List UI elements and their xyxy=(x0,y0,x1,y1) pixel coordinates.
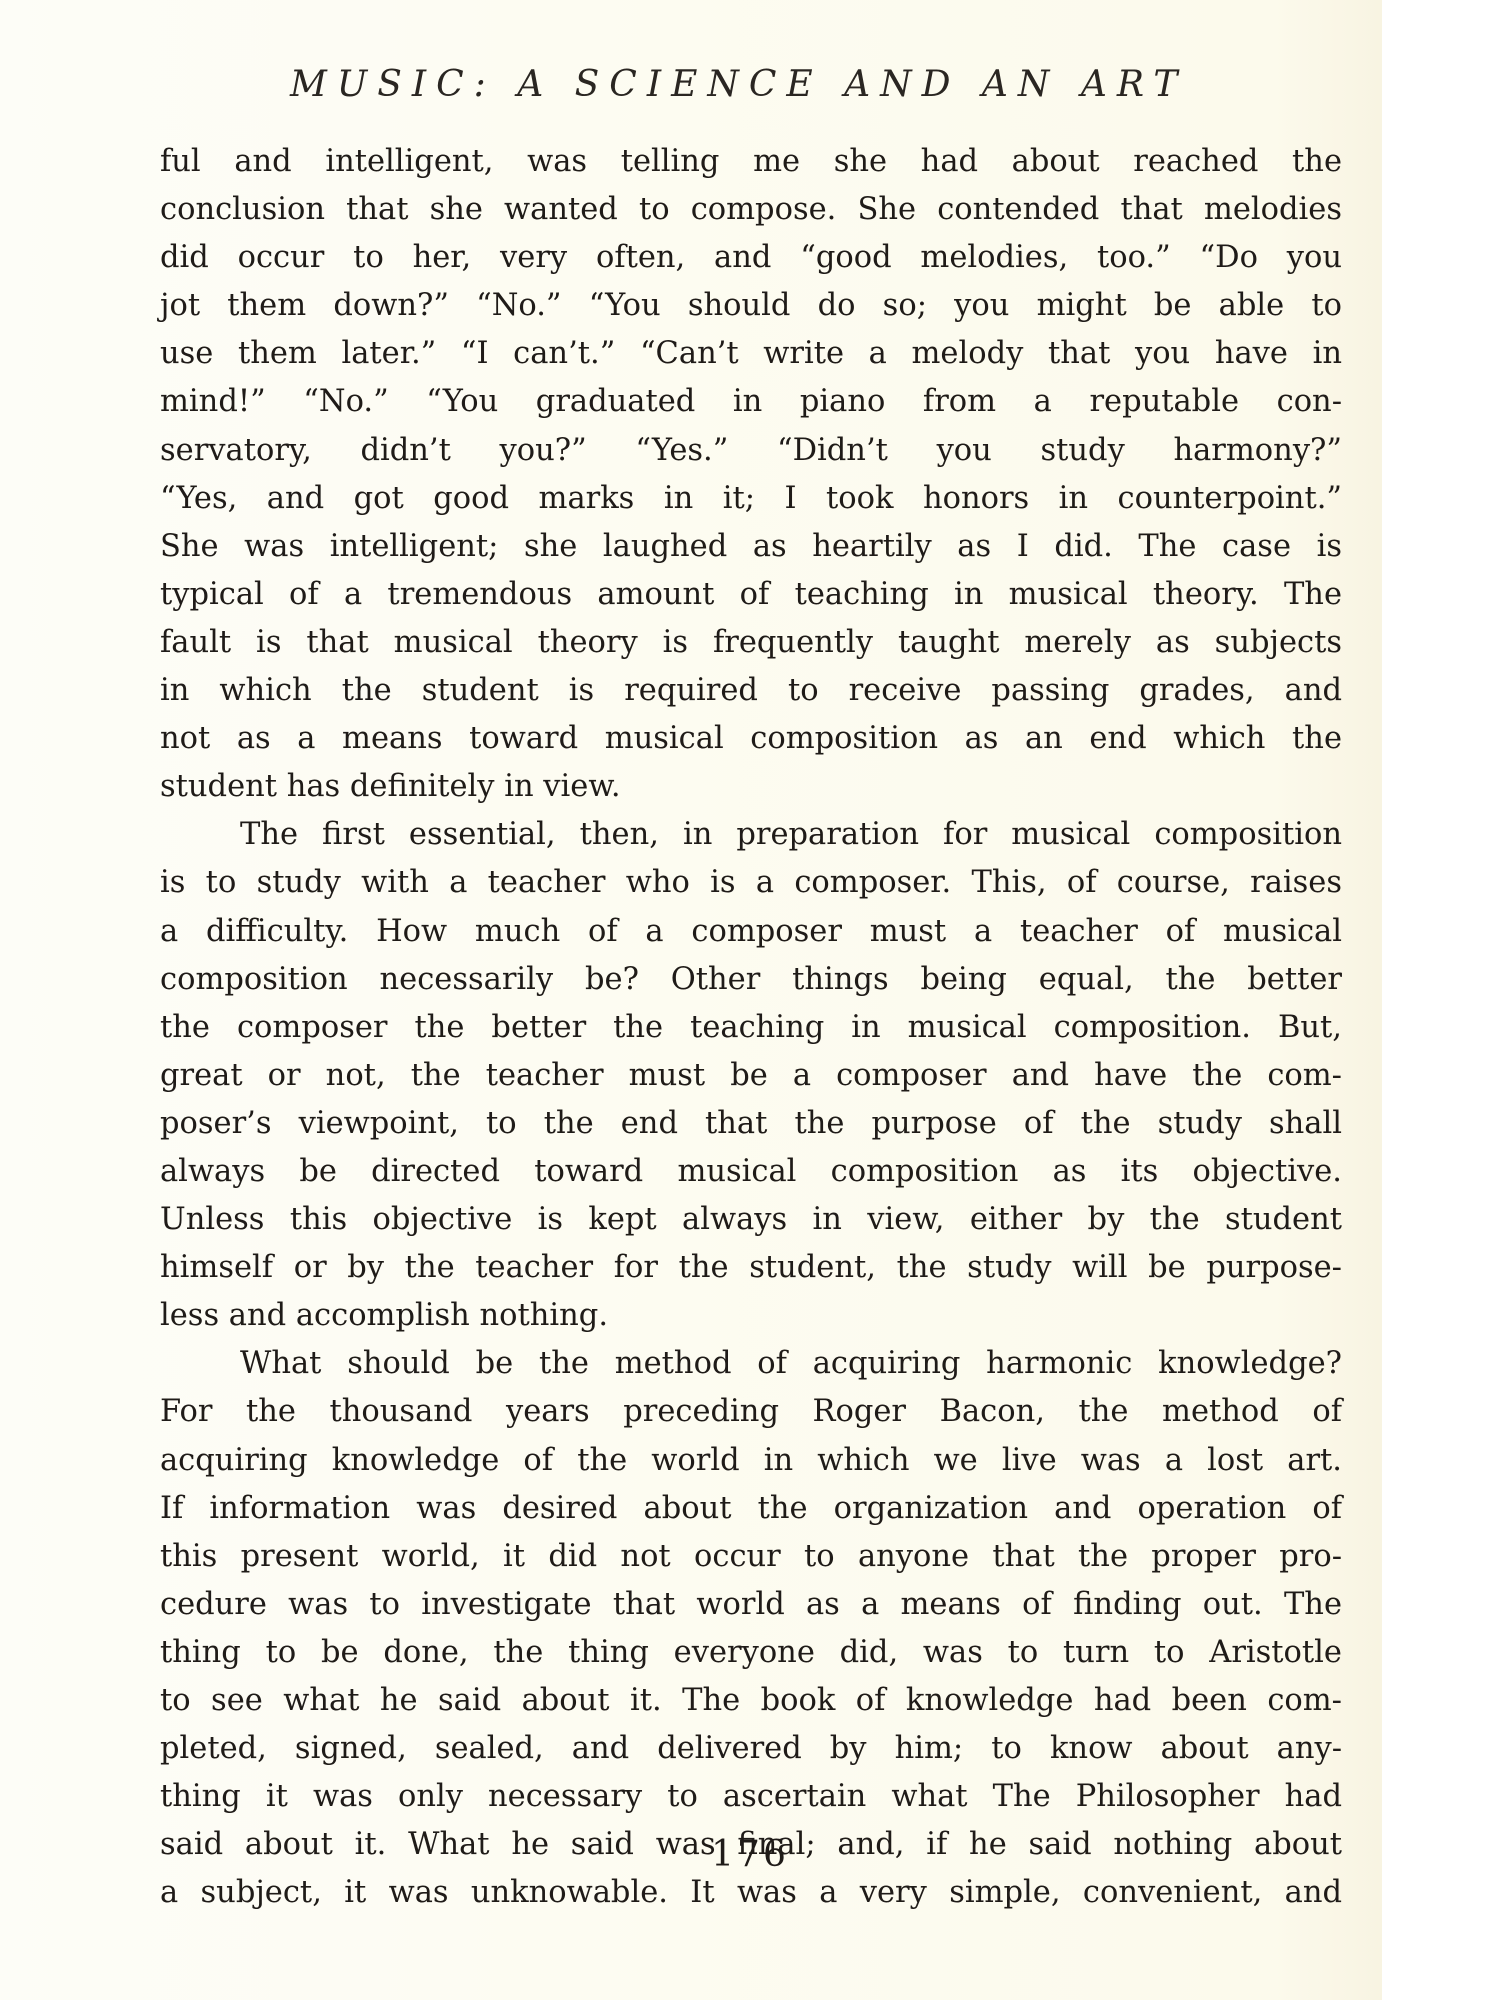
text-line: poser’s viewpoint, to the end that the p… xyxy=(160,1100,1342,1148)
text-line: acquiring knowledge of the world in whic… xyxy=(160,1437,1342,1485)
text-line: jot them down?” “No.” “You should do so;… xyxy=(160,282,1342,330)
text-line: not as a means toward musical compositio… xyxy=(160,715,1342,763)
text-line: the composer the better the teaching in … xyxy=(160,1004,1342,1052)
text-line: a subject, it was unknowable. It was a v… xyxy=(160,1869,1342,1917)
text-line: fault is that musical theory is frequent… xyxy=(160,619,1342,667)
text-line: cedure was to investigate that world as … xyxy=(160,1581,1342,1629)
text-line: servatory, didn’t you?” “Yes.” “Didn’t y… xyxy=(160,427,1342,475)
text-line: She was intelligent; she laughed as hear… xyxy=(160,523,1342,571)
paragraph-start-line: What should be the method of acquiring h… xyxy=(160,1340,1342,1388)
text-line: thing to be done, the thing everyone did… xyxy=(160,1629,1342,1677)
text-line: If information was desired about the org… xyxy=(160,1485,1342,1533)
text-line: typical of a tremendous amount of teachi… xyxy=(160,571,1342,619)
text-line: always be directed toward musical compos… xyxy=(160,1148,1342,1196)
paragraph-end-line: less and accomplish nothing. xyxy=(160,1292,1342,1340)
text-line: a difficulty. How much of a composer mus… xyxy=(160,908,1342,956)
text-line: ful and intelligent, was telling me she … xyxy=(160,138,1342,186)
running-title: MUSIC: A SCIENCE AND AN ART xyxy=(290,64,1230,105)
text-line: pleted, signed, sealed, and delivered by… xyxy=(160,1725,1342,1773)
text-line: “Yes, and got good marks in it; I took h… xyxy=(160,475,1342,523)
text-line: use them later.” “I can’t.” “Can’t write… xyxy=(160,330,1342,378)
text-line: to see what he said about it. The book o… xyxy=(160,1677,1342,1725)
text-line: himself or by the teacher for the studen… xyxy=(160,1244,1342,1292)
text-line: in which the student is required to rece… xyxy=(160,667,1342,715)
text-line: Unless this objective is kept always in … xyxy=(160,1196,1342,1244)
text-line: mind!” “No.” “You graduated in piano fro… xyxy=(160,378,1342,426)
text-line: did occur to her, very often, and “good … xyxy=(160,234,1342,282)
text-line: great or not, the teacher must be a comp… xyxy=(160,1052,1342,1100)
text-line: is to study with a teacher who is a comp… xyxy=(160,859,1342,907)
text-line: composition necessarily be? Other things… xyxy=(160,956,1342,1004)
paragraph-end-line: student has definitely in view. xyxy=(160,763,1342,811)
text-line: thing it was only necessary to ascertain… xyxy=(160,1773,1342,1821)
text-line: For the thousand years preceding Roger B… xyxy=(160,1388,1342,1436)
page-number: 176 xyxy=(640,1834,860,1875)
text-line: this present world, it did not occur to … xyxy=(160,1533,1342,1581)
paragraph-start-line: The first essential, then, in preparatio… xyxy=(160,811,1342,859)
body-text: ful and intelligent, was telling me she … xyxy=(160,138,1342,1917)
text-line: conclusion that she wanted to compose. S… xyxy=(160,186,1342,234)
book-page: MUSIC: A SCIENCE AND AN ART ful and inte… xyxy=(0,0,1382,2000)
